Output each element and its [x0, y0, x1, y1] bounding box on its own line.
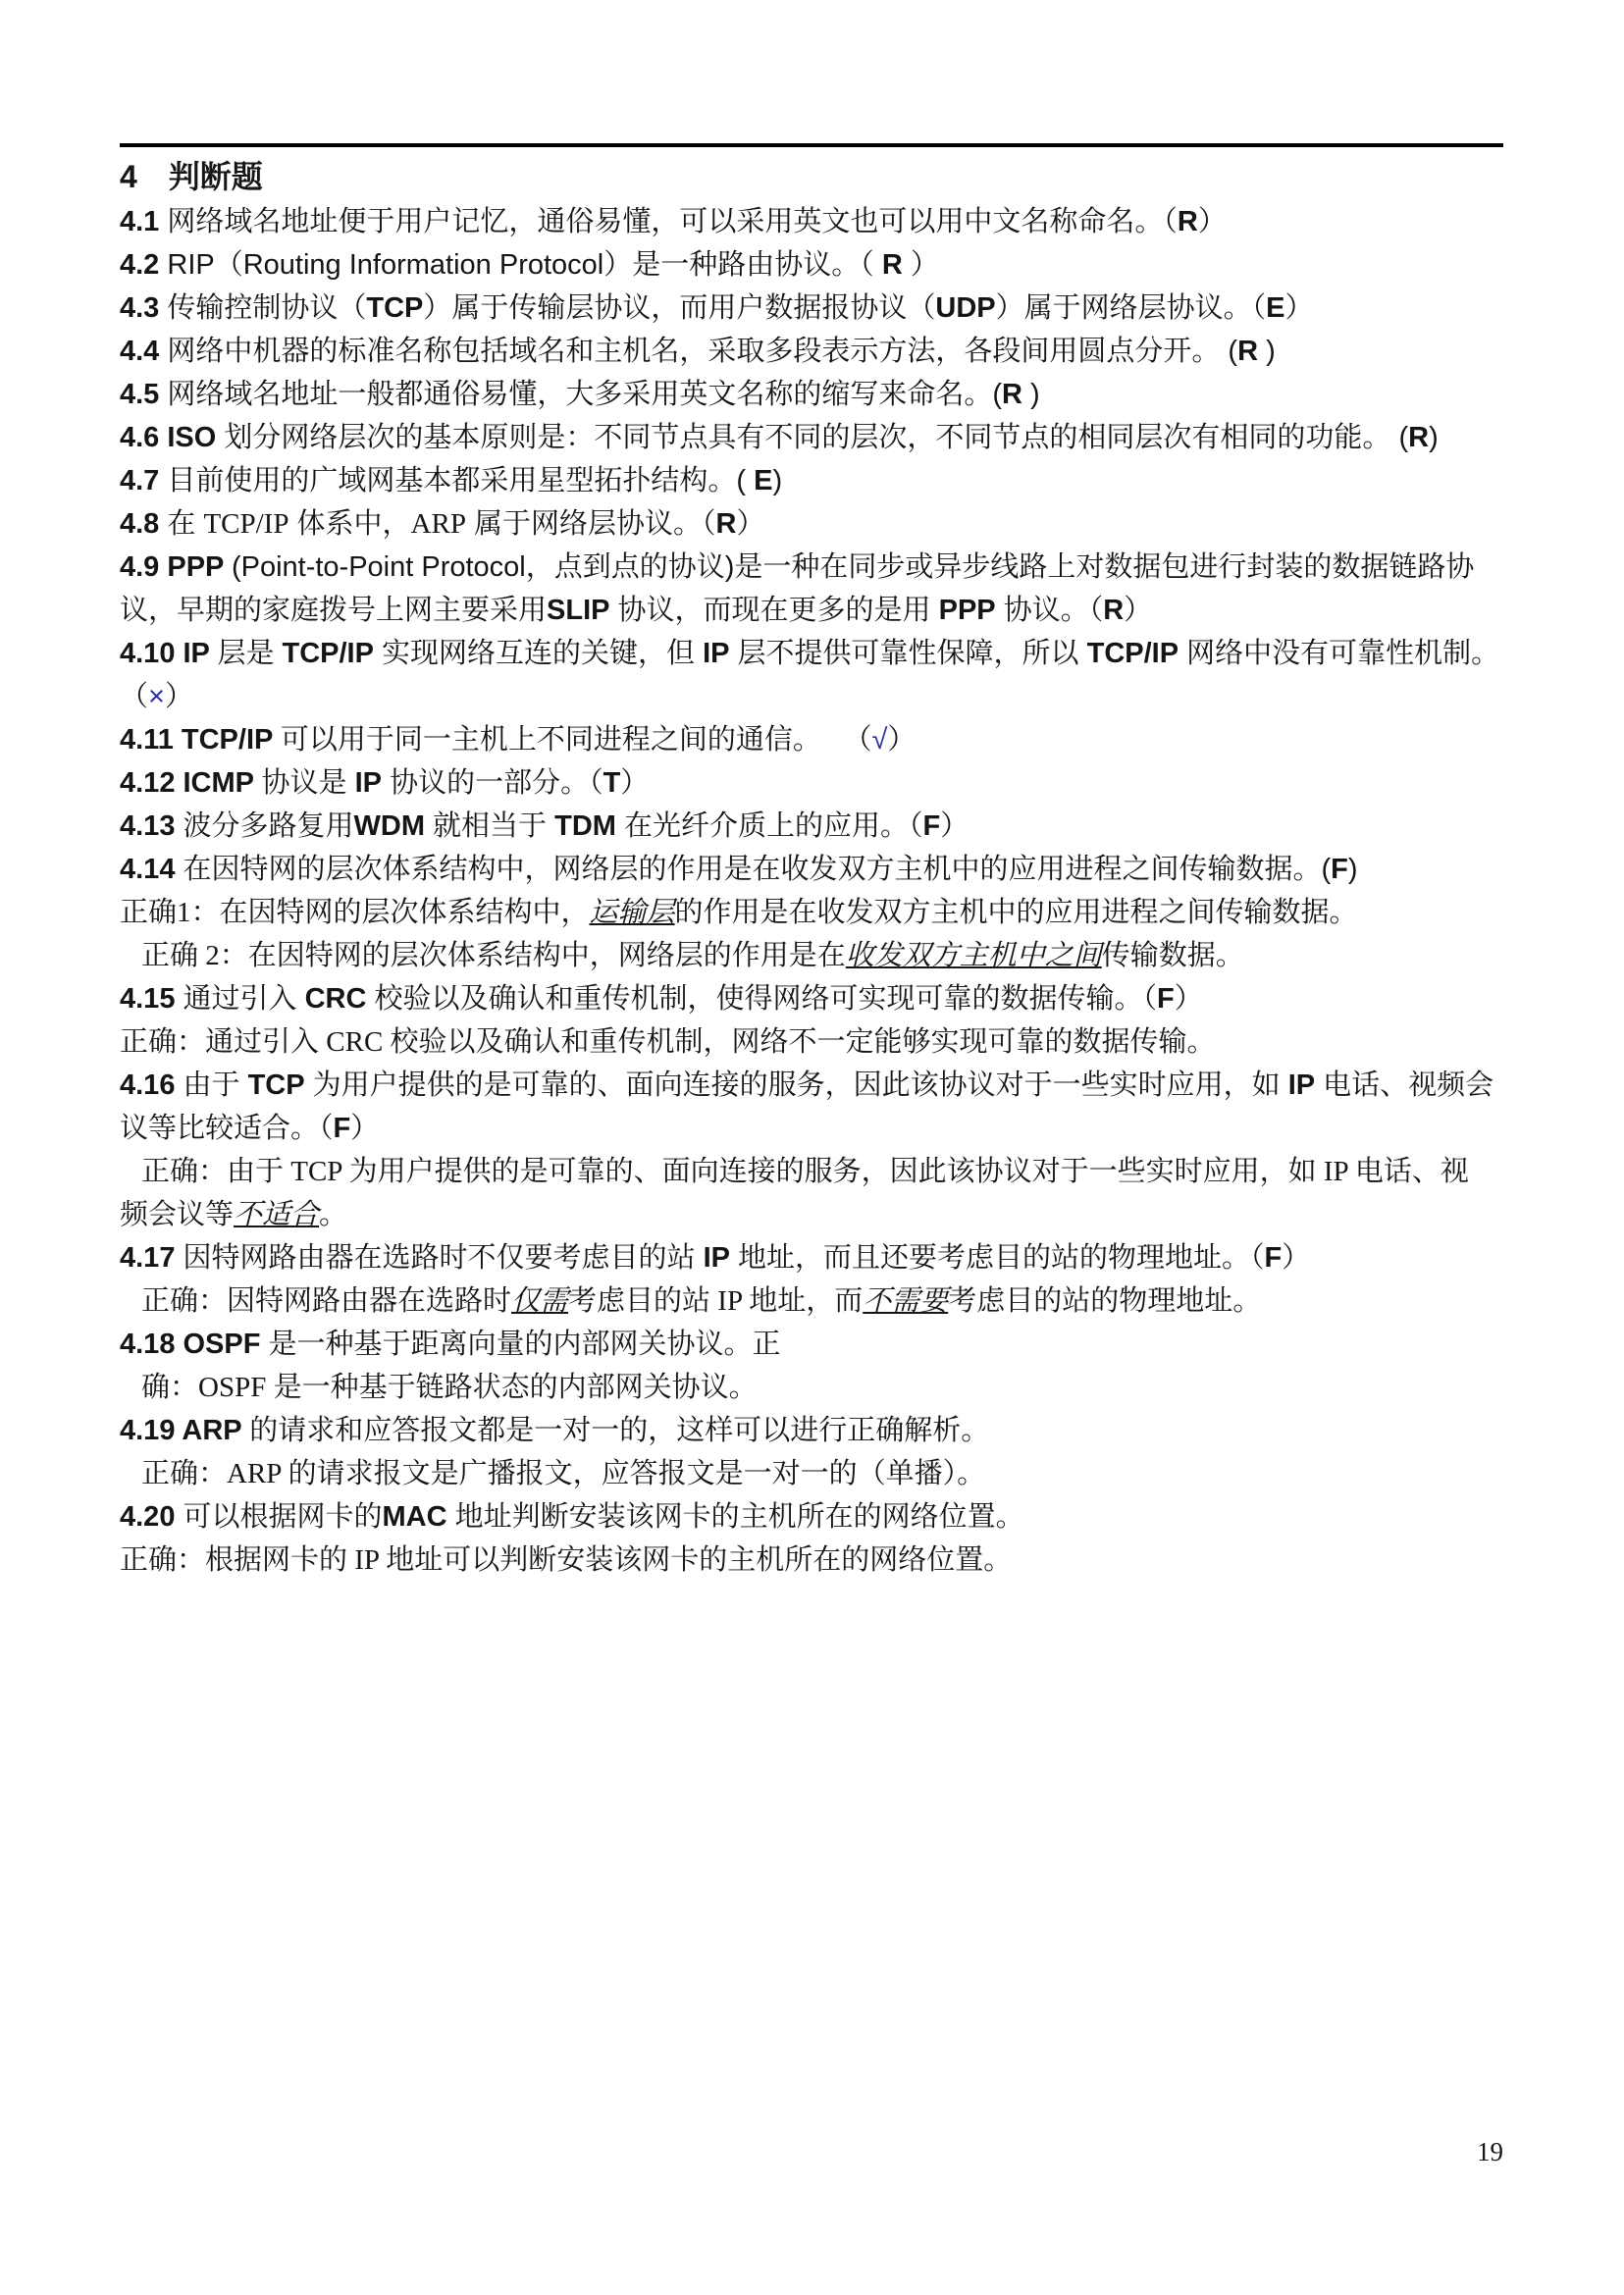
text-run: 的请求和应答报文都是一对一的，这样可以进行正确解析。: [249, 1415, 989, 1446]
text-run: CRC: [305, 983, 367, 1015]
document-line: 4.16 由于 TCP 为用户提供的是可靠的、面向连接的服务，因此该协议对于一些…: [120, 1064, 1513, 1107]
text-run: 4.5: [120, 379, 167, 410]
text-run: 协议是: [262, 767, 355, 799]
document-line: 4.17 因特网路由器在选路时不仅要考虑目的站 IP 地址，而且还要考虑目的站的…: [120, 1236, 1513, 1279]
text-run: ）: [1124, 595, 1152, 626]
document-line: 4.6 ISO 划分网络层次的基本原则是：不同节点具有不同的层次，不同节点的相同…: [120, 416, 1513, 459]
answer-mark: R: [716, 508, 737, 540]
text-run: WDM: [354, 810, 425, 842]
answer-mark: ×: [148, 681, 165, 712]
text-run: 传输数据。: [1102, 940, 1244, 971]
text-run: ）: [903, 249, 939, 281]
text-run: ）: [1282, 1242, 1310, 1274]
text-run: 地址，而且还要考虑目的站的物理地址。（: [730, 1242, 1265, 1274]
text-run: 4.19 ARP: [120, 1415, 249, 1446]
text-run: 实现网络互连的关键，但: [374, 638, 703, 669]
answer-mark: R: [1237, 336, 1258, 367]
text-run: 校验以及确认和重传机制，使得网络可实现可靠的数据传输。（: [366, 983, 1157, 1015]
text-run: ）: [1285, 292, 1314, 324]
document-line: 正确1：在因特网的层次体系结构中，运输层的作用是在收发双方主机中的应用进程之间传…: [120, 891, 1513, 934]
text-run: MAC: [383, 1501, 447, 1533]
text-run: 4.16: [120, 1069, 183, 1101]
text-run: TCP/IP: [1087, 638, 1179, 669]
text-run: TCP: [366, 292, 423, 324]
text-run: ）: [620, 767, 649, 799]
document-line: 4.18 OSPF 是一种基于距离向量的内部网关协议。正: [120, 1323, 1513, 1366]
text-run: 由于: [183, 1069, 248, 1101]
text-run: 4.14: [120, 854, 183, 885]
document-line: 正确：根据网卡的 IP 地址可以判断安装该网卡的主机所在的网络位置。: [120, 1539, 1513, 1582]
document-line: 4.20 可以根据网卡的MAC 地址判断安装该网卡的主机所在的网络位置。: [120, 1495, 1513, 1539]
text-run: UDP: [935, 292, 995, 324]
text-run: 4.10 IP: [120, 638, 217, 669]
text-run: 4.7: [120, 465, 167, 496]
text-run: 是一种基于距离向量的内部网关协议。正: [269, 1329, 781, 1360]
header-rule: [120, 143, 1503, 147]
text-run: 4.6 ISO: [120, 422, 224, 453]
document-line: 4.14 在因特网的层次体系结构中，网络层的作用是在收发双方主机中的应用进程之间…: [120, 848, 1513, 891]
text-run: 为用户提供的是可靠的、面向连接的服务，因此该协议对于一些实时应用，如: [305, 1069, 1288, 1101]
answer-mark: E: [754, 465, 772, 496]
text-run: 波分多路复用: [183, 810, 354, 842]
document-content: 4 判断题 4.1 网络域名地址便于用户记忆，通俗易懂，可以采用英文也可以用中文…: [120, 153, 1513, 1582]
text-run: 电话、视频会: [1315, 1069, 1493, 1101]
text-run: 正确：由于 TCP 为用户提供的是可靠的、面向连接的服务，因此该协议对于一些实时…: [141, 1156, 1469, 1187]
text-run: 在因特网的层次体系结构中，网络层的作用是在收发双方主机中的应用进程之间传输数据。…: [183, 854, 1332, 885]
text-run: TCP: [248, 1069, 305, 1101]
document-line: （×）: [120, 675, 1513, 718]
text-run: 4.1: [120, 206, 167, 237]
text-run: 4.11 TCP/IP: [120, 724, 281, 756]
text-run: RIP（Routing Information Protocol）是一种路由协议…: [167, 249, 881, 281]
answer-mark: R: [1178, 206, 1198, 237]
document-line: 议等比较适合。（F）: [120, 1107, 1513, 1150]
text-run: 议等比较适合。（: [120, 1113, 334, 1144]
section-title: 4 判断题: [120, 153, 1513, 200]
document-line: 4.7 目前使用的广域网基本都采用星型拓扑结构。( E): [120, 459, 1513, 502]
text-run: ）属于传输层协议，而用户数据报协议（: [423, 292, 935, 324]
text-run: 4.13: [120, 810, 183, 842]
text-run: 频会议等: [120, 1199, 234, 1230]
answer-mark: R: [882, 249, 903, 281]
text-run: 的作用是在收发双方主机中的应用进程之间传输数据。: [675, 897, 1358, 928]
text-run: TCP/IP: [283, 638, 374, 669]
document-line: 4.3 传输控制协议（TCP）属于传输层协议，而用户数据报协议（UDP）属于网络…: [120, 287, 1513, 330]
answer-mark: F: [334, 1113, 351, 1144]
text-run: ）: [350, 1113, 379, 1144]
document-line: 正确 2：在因特网的层次体系结构中，网络层的作用是在收发双方主机中之间传输数据。: [120, 934, 1513, 977]
answer-mark: E: [1266, 292, 1284, 324]
document-line: 频会议等不适合。: [120, 1193, 1513, 1236]
text-run: 正确：根据网卡的 IP 地址可以判断安装该网卡的主机所在的网络位置。: [120, 1544, 1012, 1576]
text-run: 正确：因特网路由器在选路时: [141, 1285, 511, 1317]
text-run: 4.3: [120, 292, 167, 324]
text-run: 协议的一部分。（: [382, 767, 603, 799]
document-line: 确：OSPF 是一种基于链路状态的内部网关协议。: [120, 1366, 1513, 1409]
text-run: IP: [1288, 1069, 1315, 1101]
text-run: SLIP: [547, 595, 609, 626]
text-run: ）: [736, 508, 764, 540]
text-run: 在: [167, 508, 203, 540]
text-run: IP: [703, 638, 729, 669]
text-run: 层是: [217, 638, 282, 669]
text-run: 因特网路由器在选路时不仅要考虑目的站: [183, 1242, 704, 1274]
text-run: 协议。（: [996, 595, 1104, 626]
text-run: 4.18 OSPF: [120, 1329, 269, 1360]
text-run: 仅需: [511, 1285, 568, 1317]
document-line: 正确：ARP 的请求报文是广播报文，应答报文是一对一的（单播）。: [120, 1452, 1513, 1495]
text-run: 属于网络层协议。（: [466, 508, 716, 540]
text-run: 目前使用的广域网基本都采用星型拓扑结构。(: [167, 465, 754, 496]
text-run: PPP: [939, 595, 996, 626]
text-run: 正确 2：在因特网的层次体系结构中，网络层的作用是在: [141, 940, 846, 971]
answer-mark: √: [871, 724, 887, 756]
text-run: 在光纤介质上的应用。（: [616, 810, 923, 842]
text-run: 网络域名地址便于用户记忆，通俗易懂，可以采用英文也可以用中文名称命名。（: [167, 206, 1178, 237]
text-run: 运输层: [590, 897, 675, 928]
text-run: ): [1258, 336, 1276, 367]
text-run: IP: [355, 767, 382, 799]
text-run: 4.2: [120, 249, 167, 281]
text-run: ）: [1198, 206, 1227, 237]
text-run: 地址判断安装该网卡的主机所在的网络位置。: [447, 1501, 1024, 1533]
text-run: 网络中机器的标准名称包括域名和主机名，采取多段表示方法，各段间用圆点分开。 (: [167, 336, 1237, 367]
document-line: 正确：因特网路由器在选路时仅需考虑目的站 IP 地址，而不需要考虑目的站的物理地…: [120, 1279, 1513, 1323]
text-run: 不需要: [863, 1285, 948, 1317]
text-run: 议，早期的家庭拨号上网主要采用: [120, 595, 547, 626]
document-line: 正确：通过引入 CRC 校验以及确认和重传机制，网络不一定能够实现可靠的数据传输…: [120, 1020, 1513, 1064]
document-line: 4.13 波分多路复用WDM 就相当于 TDM 在光纤介质上的应用。（F）: [120, 805, 1513, 848]
text-run: 网络中没有可靠性机制。: [1179, 638, 1499, 669]
text-run: （: [120, 681, 148, 712]
text-run: 考虑目的站的物理地址。: [948, 1285, 1261, 1317]
text-run: 正确：通过引入: [120, 1026, 326, 1058]
text-run: ）属于网络层协议。（: [996, 292, 1267, 324]
document-line: 4.1 网络域名地址便于用户记忆，通俗易懂，可以采用英文也可以用中文名称命名。（…: [120, 200, 1513, 243]
text-run: 收发双方主机中之间: [846, 940, 1102, 971]
answer-mark: F: [1265, 1242, 1283, 1274]
text-run: 4.20: [120, 1501, 183, 1533]
text-run: ARP: [411, 508, 466, 540]
document-line: 正确：由于 TCP 为用户提供的是可靠的、面向连接的服务，因此该协议对于一些实时…: [120, 1150, 1513, 1193]
answer-mark: F: [1331, 854, 1348, 885]
text-run: ): [1429, 422, 1439, 453]
text-run: 可以用于同一主机上不同进程之间的通信。 （: [281, 724, 872, 756]
answer-mark: R: [1002, 379, 1022, 410]
document-line: 4.9 PPP (Point-to-Point Protocol，点到点的协议)…: [120, 546, 1513, 589]
text-run: 正确1：在因特网的层次体系结构中，: [120, 897, 590, 928]
document-line: 4.19 ARP 的请求和应答报文都是一对一的，这样可以进行正确解析。: [120, 1409, 1513, 1452]
document-line: 4.11 TCP/IP 可以用于同一主机上不同进程之间的通信。 （√）: [120, 718, 1513, 761]
text-run: 网络域名地址一般都通俗易懂，大多采用英文名称的缩写来命名。(: [167, 379, 1002, 410]
text-run: 确：OSPF 是一种基于链路状态的内部网关协议。: [141, 1372, 758, 1403]
text-run: 4.12 ICMP: [120, 767, 262, 799]
text-run: ): [1348, 854, 1358, 885]
document-lines: 4.1 网络域名地址便于用户记忆，通俗易懂，可以采用英文也可以用中文名称命名。（…: [120, 200, 1513, 1582]
text-run: 可以根据网卡的: [183, 1501, 383, 1533]
document-line: 4.4 网络中机器的标准名称包括域名和主机名，采取多段表示方法，各段间用圆点分开…: [120, 330, 1513, 373]
answer-mark: F: [1157, 983, 1175, 1015]
text-run: ）: [165, 681, 193, 712]
text-run: 层不提供可靠性保障，所以: [730, 638, 1087, 669]
text-run: 4.15: [120, 983, 183, 1015]
text-run: 传输控制协议（: [167, 292, 366, 324]
text-run: ）: [940, 810, 969, 842]
text-run: 正确：ARP 的请求报文是广播报文，应答报文是一对一的（单播）。: [141, 1458, 985, 1489]
text-run: 4.4: [120, 336, 167, 367]
document-line: 4.10 IP 层是 TCP/IP 实现网络互连的关键，但 IP 层不提供可靠性…: [120, 632, 1513, 675]
answer-mark: T: [603, 767, 621, 799]
text-run: ）: [1175, 983, 1203, 1015]
text-run: IP: [704, 1242, 730, 1274]
document-line: 4.8 在 TCP/IP 体系中，ARP 属于网络层协议。（R）: [120, 502, 1513, 546]
page-number: 19: [1477, 2137, 1503, 2167]
text-run: ): [1022, 379, 1040, 410]
text-run: 体系中，: [288, 508, 410, 540]
text-run: ）: [887, 724, 916, 756]
document-line: 4.2 RIP（Routing Information Protocol）是一种…: [120, 243, 1513, 287]
document-line: 4.5 网络域名地址一般都通俗易懂，大多采用英文名称的缩写来命名。(R ): [120, 373, 1513, 416]
document-line: 4.15 通过引入 CRC 校验以及确认和重传机制，使得网络可实现可靠的数据传输…: [120, 977, 1513, 1020]
answer-mark: R: [1408, 422, 1429, 453]
answer-mark: F: [923, 810, 941, 842]
text-run: 4.17: [120, 1242, 183, 1274]
text-run: 通过引入: [183, 983, 305, 1015]
text-run: 4.8: [120, 508, 167, 540]
document-line: 议，早期的家庭拨号上网主要采用SLIP 协议，而现在更多的是用 PPP 协议。（…: [120, 589, 1513, 632]
text-run: TCP/IP: [203, 508, 288, 540]
document-line: 4.12 ICMP 协议是 IP 协议的一部分。（T）: [120, 761, 1513, 805]
text-run: 协议，而现在更多的是用: [609, 595, 938, 626]
text-run: ): [772, 465, 782, 496]
document-page: 4 判断题 4.1 网络域名地址便于用户记忆，通俗易懂，可以采用英文也可以用中文…: [0, 0, 1624, 2295]
text-run: 。: [319, 1199, 347, 1230]
text-run: 不适合: [234, 1199, 319, 1230]
text-run: 考虑目的站 IP 地址，而: [568, 1285, 863, 1317]
text-run: 4.9 PPP: [120, 551, 232, 583]
text-run: 划分网络层次的基本原则是：不同节点具有不同的层次，不同节点的相同层次有相同的功能…: [224, 422, 1408, 453]
text-run: 校验以及确认和重传机制，网络不一定能够实现可靠的数据传输。: [383, 1026, 1215, 1058]
text-run: CRC: [326, 1026, 383, 1058]
text-run: 就相当于: [425, 810, 554, 842]
text-run: TDM: [554, 810, 616, 842]
text-run: (Point-to-Point Protocol，点到点的协议)是一种在同步或异…: [232, 551, 1474, 583]
answer-mark: R: [1103, 595, 1124, 626]
